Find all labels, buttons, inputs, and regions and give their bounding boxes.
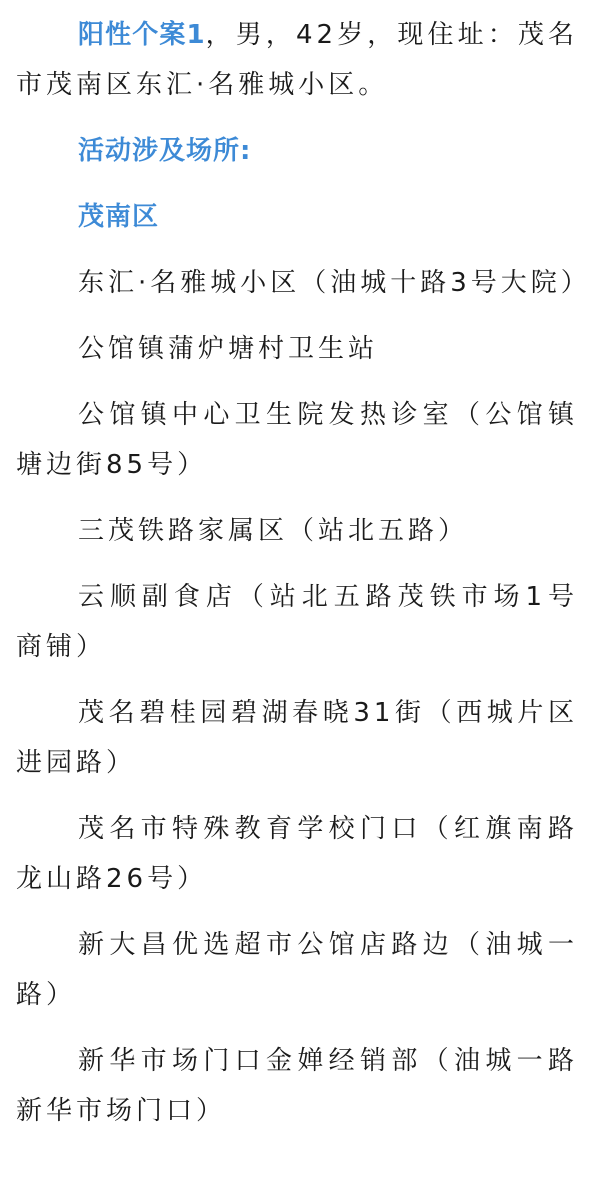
- place-item: 茂名碧桂园碧湖春晓31街（西城片区进园路）: [16, 688, 578, 788]
- place-item: 新华市场门口金婵经销部（油城一路新华市场门口）: [16, 1036, 578, 1136]
- case-summary: 阳性个案1，男，42岁，现住址：茂名市茂南区东汇·名雅城小区。: [16, 10, 578, 110]
- case-label: 阳性个案1: [78, 20, 206, 50]
- place-item: 公馆镇中心卫生院发热诊室（公馆镇塘边街85号）: [16, 390, 578, 490]
- place-item: 云顺副食店（站北五路茂铁市场1号商铺）: [16, 572, 578, 672]
- place-item: 三茂铁路家属区（站北五路）: [16, 506, 578, 556]
- district-title: 茂南区: [16, 192, 578, 242]
- article-body: 阳性个案1，男，42岁，现住址：茂名市茂南区东汇·名雅城小区。 活动涉及场所: …: [0, 0, 600, 1136]
- place-item: 公馆镇蒲炉塘村卫生站: [16, 324, 578, 374]
- section-title: 活动涉及场所:: [16, 126, 578, 176]
- place-item: 茂名市特殊教育学校门口（红旗南路龙山路26号）: [16, 804, 578, 904]
- place-item: 东汇·名雅城小区（油城十路3号大院）: [16, 258, 578, 308]
- place-item: 新大昌优选超市公馆店路边（油城一路）: [16, 920, 578, 1020]
